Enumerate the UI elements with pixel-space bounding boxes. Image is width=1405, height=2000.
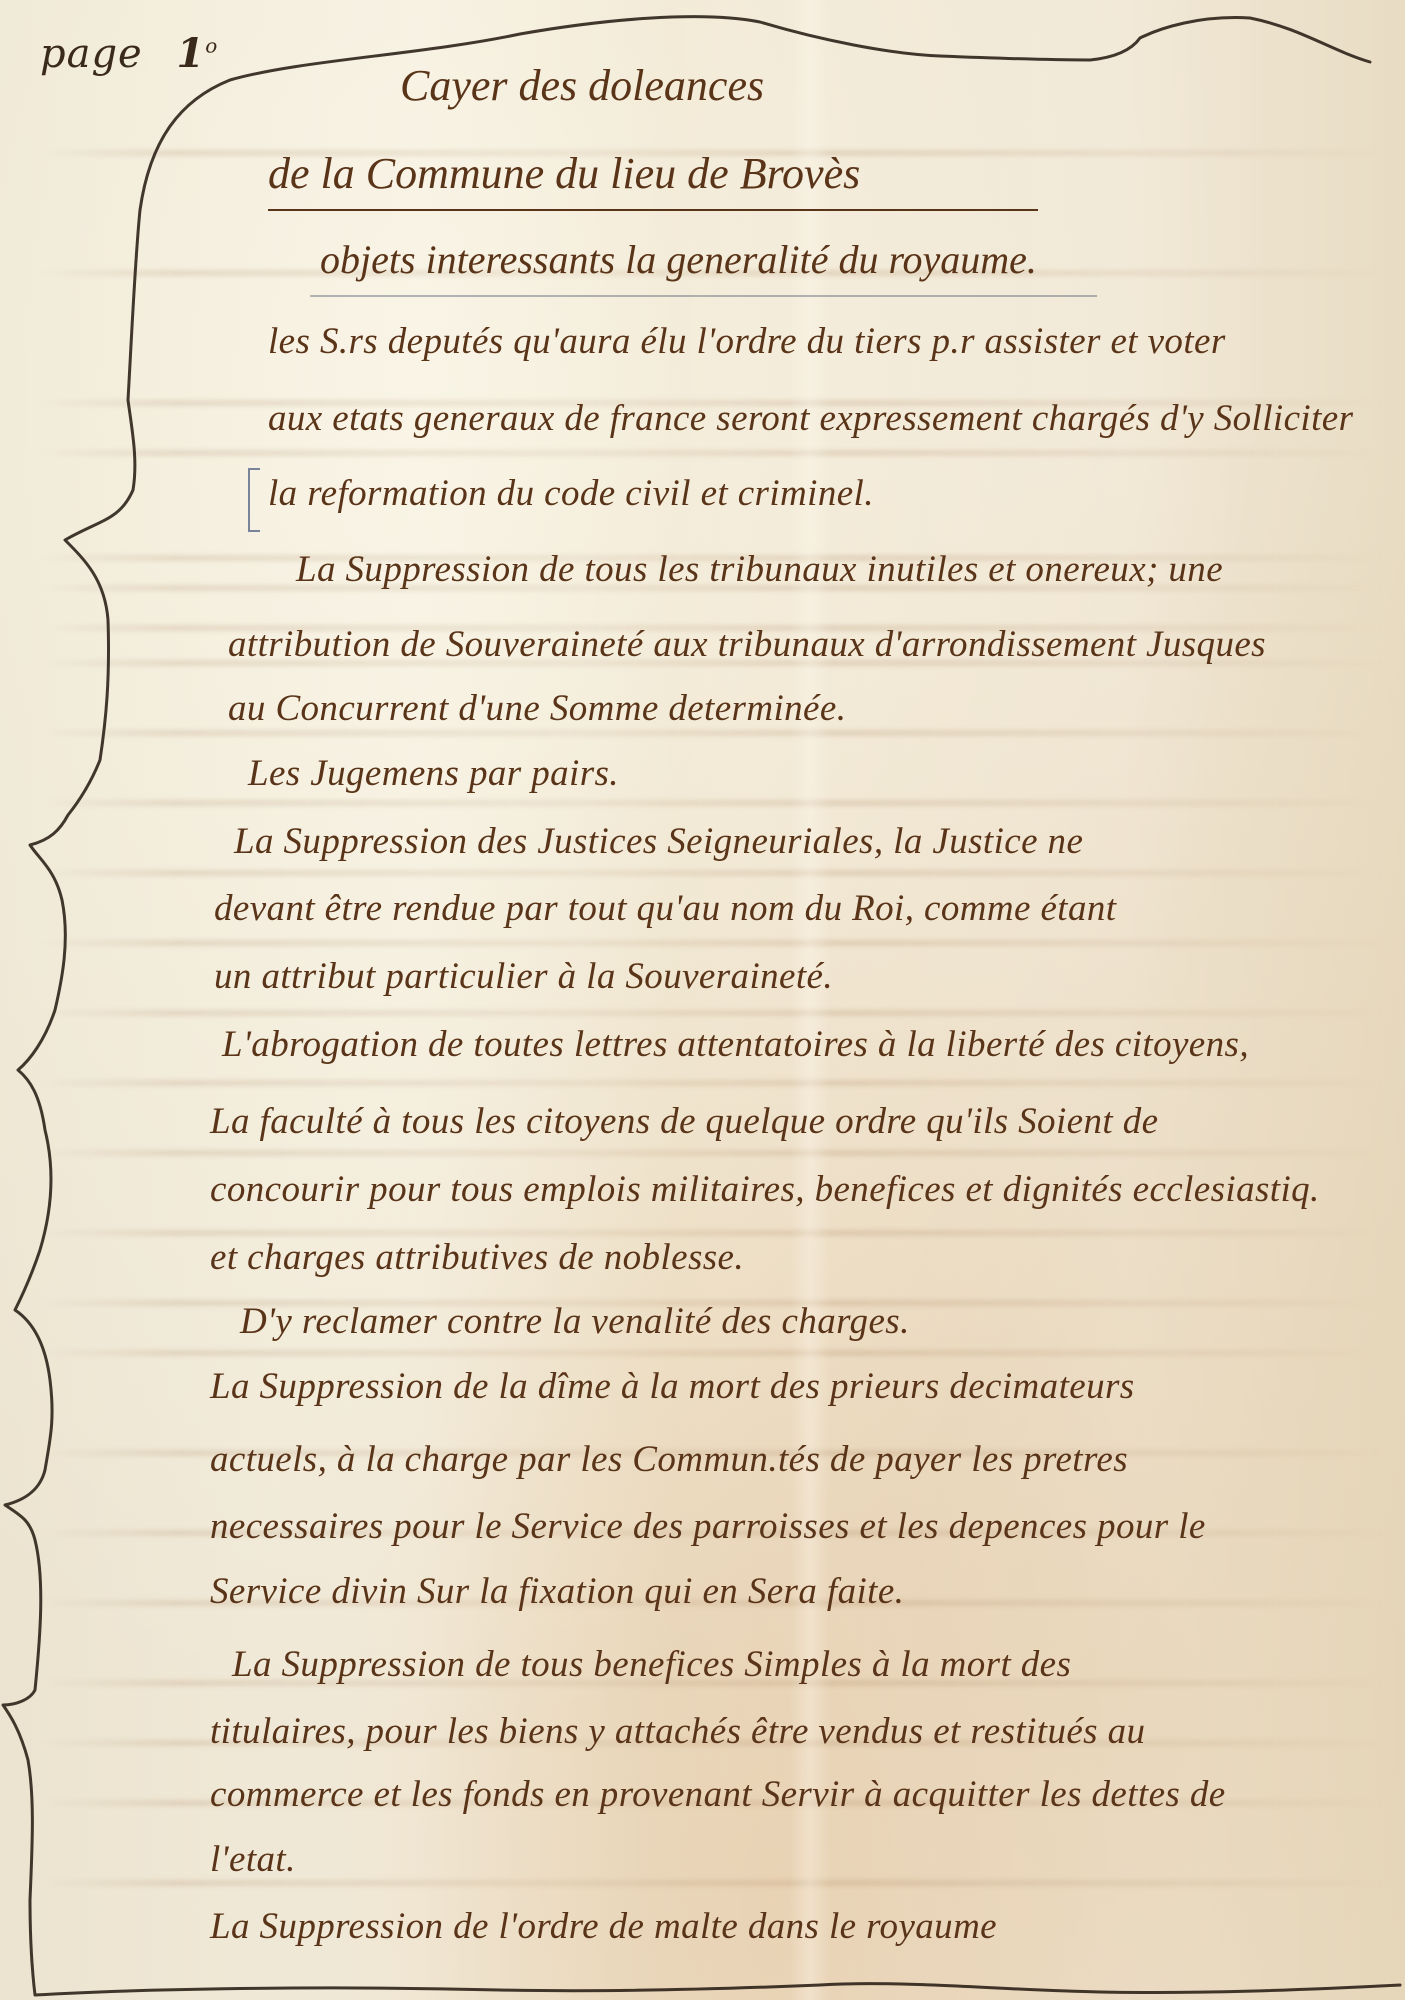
document-title: Cayer des doleances (400, 60, 764, 111)
body-line: La faculté à tous les citoyens de quelqu… (210, 1100, 1158, 1143)
body-line: La Suppression de tous benefices Simples… (232, 1643, 1071, 1686)
body-line: attribution de Souveraineté aux tribunau… (228, 623, 1266, 666)
body-line: necessaires pour le Service des parroiss… (210, 1505, 1206, 1548)
pencil-bracket-mark (248, 468, 260, 532)
hand-drawn-border (0, 0, 1405, 2000)
body-line: La Suppression de tous les tribunaux inu… (296, 548, 1223, 591)
manuscript-page: page 1o Cayer des doleances de la Commun… (0, 0, 1405, 2000)
body-line: devant être rendue par tout qu'au nom du… (214, 887, 1116, 930)
body-line: les S.rs deputés qu'aura élu l'ordre du … (268, 320, 1226, 363)
body-line: l'etat. (210, 1838, 296, 1881)
body-line: actuels, à la charge par les Commun.tés … (210, 1438, 1128, 1481)
body-line: D'y reclamer contre la venalité des char… (240, 1300, 910, 1343)
body-line: commerce et les fonds en provenant Servi… (210, 1773, 1226, 1816)
body-line: L'abrogation de toutes lettres attentato… (222, 1023, 1249, 1066)
document-subtitle: de la Commune du lieu de Brovès (268, 148, 1038, 211)
body-line: La Suppression de l'ordre de malte dans … (210, 1905, 997, 1948)
page-number: 1 (176, 30, 205, 77)
page-label: page (40, 31, 143, 77)
body-line: concourir pour tous emplois militaires, … (210, 1168, 1320, 1211)
body-line: et charges attributives de noblesse. (210, 1236, 744, 1279)
body-line: la reformation du code civil et criminel… (268, 472, 874, 515)
document-section-heading: objets interessants la generalité du roy… (320, 236, 1037, 283)
body-line: un attribut particulier à la Souverainet… (214, 955, 833, 998)
page-number-marker: page 1o (40, 30, 218, 77)
body-line: La Suppression de la dîme à la mort des … (210, 1365, 1135, 1408)
body-line: Les Jugemens par pairs. (248, 752, 619, 795)
body-line: titulaires, pour les biens y attachés êt… (210, 1710, 1145, 1753)
body-line: au Concurrent d'une Somme determinée. (228, 687, 846, 730)
body-line: La Suppression des Justices Seigneuriale… (234, 820, 1083, 863)
page-number-suffix: o (205, 34, 218, 58)
body-line: Service divin Sur la fixation qui en Ser… (210, 1570, 904, 1613)
body-line: aux etats generaux de france seront expr… (268, 397, 1353, 440)
